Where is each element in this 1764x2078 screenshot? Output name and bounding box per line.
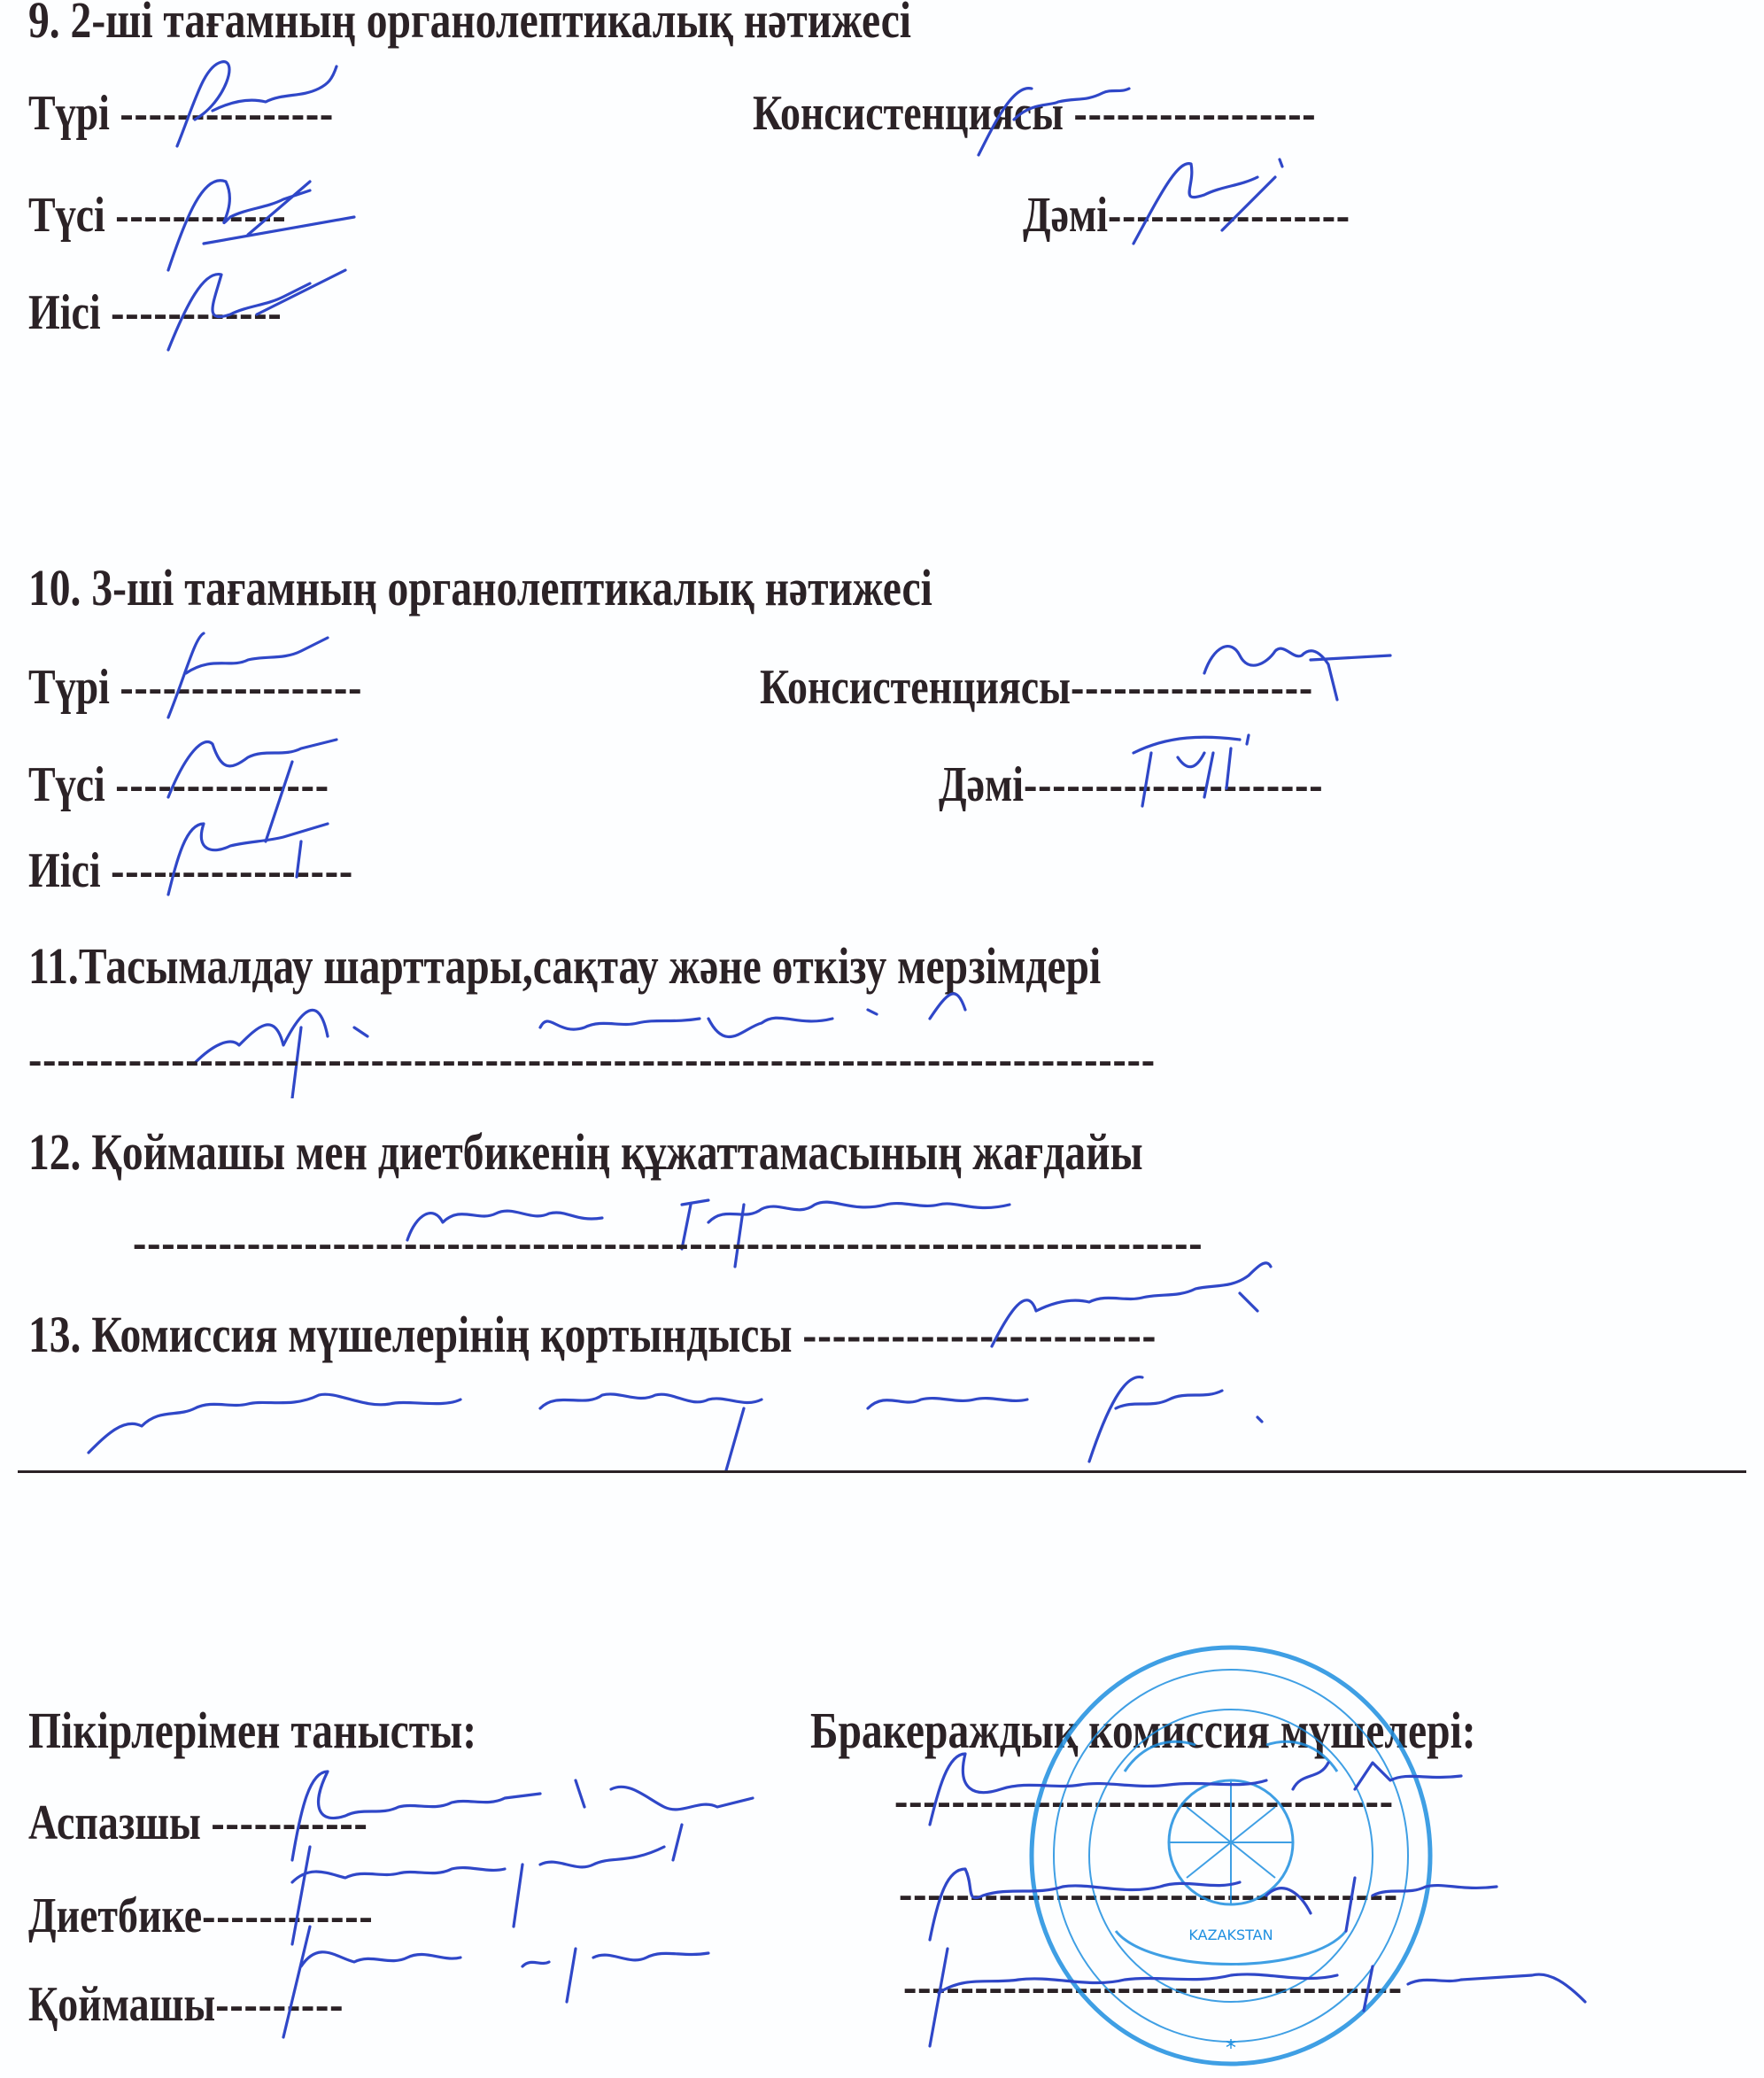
field-label: Түрі: [28, 86, 110, 141]
section-9-field-dami: Дәмі-----------------: [1023, 190, 1350, 240]
field-blank[interactable]: -----------------: [1071, 660, 1313, 715]
field-blank[interactable]: -----------------: [1074, 86, 1317, 141]
field-label: Қоймашы: [28, 1977, 215, 2032]
signature-line-aspazshy: Аспазшы -----------: [28, 1798, 368, 1848]
section-9-field-turi: Түрі ---------------: [28, 89, 334, 138]
field-blank[interactable]: ---------------------: [1024, 757, 1323, 812]
field-label: Иісі: [28, 285, 101, 340]
field-blank[interactable]: ------------: [115, 188, 286, 243]
section-13-heading: 13. Комиссия мүшелерінің қортындысы ----…: [28, 1309, 1157, 1361]
field-label: Түсі: [28, 757, 105, 812]
section-10-field-tusi: Түсі ---------------: [28, 760, 329, 810]
section-12-heading: 12. Қоймашы мен диетбикенің құжаттамасын…: [28, 1127, 1143, 1178]
field-blank[interactable]: ---------------: [115, 757, 329, 812]
field-label: Түрі: [28, 660, 110, 715]
signature-line-dietbike: Диетбике------------: [28, 1891, 373, 1941]
stamp-inner-text: KAZAKSTAN: [1188, 1927, 1273, 1943]
section-9-heading: 9. 2-ші тағамның органолептикалық нәтиже…: [28, 0, 911, 46]
section-10-field-iisi: Иісі -----------------: [28, 846, 353, 896]
section-11-heading: 11.Тасымалдау шарттары,сақтау және өткіз…: [28, 941, 1101, 992]
section-9-field-konsistentsiya: Консистенциясы -----------------: [753, 89, 1316, 138]
section-13-inline-blank[interactable]: ------------------------: [802, 1306, 1157, 1363]
field-blank[interactable]: -----------------: [1108, 188, 1350, 243]
section-10-field-dami: Дәмі---------------------: [939, 760, 1323, 810]
commission-signature-blank-1[interactable]: -----------------------------------: [894, 1776, 1394, 1826]
field-blank[interactable]: ------------: [202, 1888, 373, 1943]
field-label: Диетбике: [28, 1888, 202, 1943]
field-blank[interactable]: ---------------: [120, 86, 334, 141]
field-blank[interactable]: ------------: [111, 285, 282, 340]
field-label: Дәмі: [939, 757, 1024, 812]
section-11-blank[interactable]: ----------------------------------------…: [28, 1035, 1156, 1084]
commission-signature-blank-2[interactable]: -----------------------------------: [899, 1869, 1398, 1919]
field-label: Түсі: [28, 188, 105, 243]
section-13-heading-text: 13. Комиссия мүшелерінің қортындысы: [28, 1306, 793, 1363]
field-blank[interactable]: ---------: [215, 1977, 344, 2032]
field-label: Консистенциясы: [753, 86, 1064, 141]
section-10-field-konsistentsiya: Консистенциясы-----------------: [760, 663, 1313, 712]
section-12-blank[interactable]: ----------------------------------------…: [133, 1218, 1203, 1268]
section-9-field-tusi: Түсі ------------: [28, 190, 287, 240]
field-label: Аспазшы: [28, 1795, 201, 1850]
section-13-solid-line: [18, 1470, 1746, 1473]
field-blank[interactable]: -----------------: [111, 843, 353, 898]
signature-line-koimashy: Қоймашы---------: [28, 1980, 344, 2029]
section-10-heading: 10. 3-ші тағамның органолептикалық нәтиж…: [28, 562, 932, 614]
section-9-field-iisi: Иісі ------------: [28, 288, 282, 337]
stamp-star-icon: *: [1226, 2035, 1236, 2060]
handwriting-section-13-line: [71, 1355, 1532, 1479]
signatures-left-heading: Пікірлерімен танысты:: [28, 1705, 476, 1756]
section-10-field-turi: Түрі -----------------: [28, 663, 362, 712]
commission-signature-blank-3[interactable]: -----------------------------------: [903, 1962, 1403, 2012]
field-label: Консистенциясы: [760, 660, 1071, 715]
field-blank[interactable]: -----------------: [120, 660, 362, 715]
field-label: Иісі: [28, 843, 101, 898]
field-label: Дәмі: [1023, 188, 1108, 243]
signatures-right-heading: Бракераждық комиссия мүшелері:: [810, 1705, 1476, 1756]
field-blank[interactable]: -----------: [211, 1795, 367, 1850]
